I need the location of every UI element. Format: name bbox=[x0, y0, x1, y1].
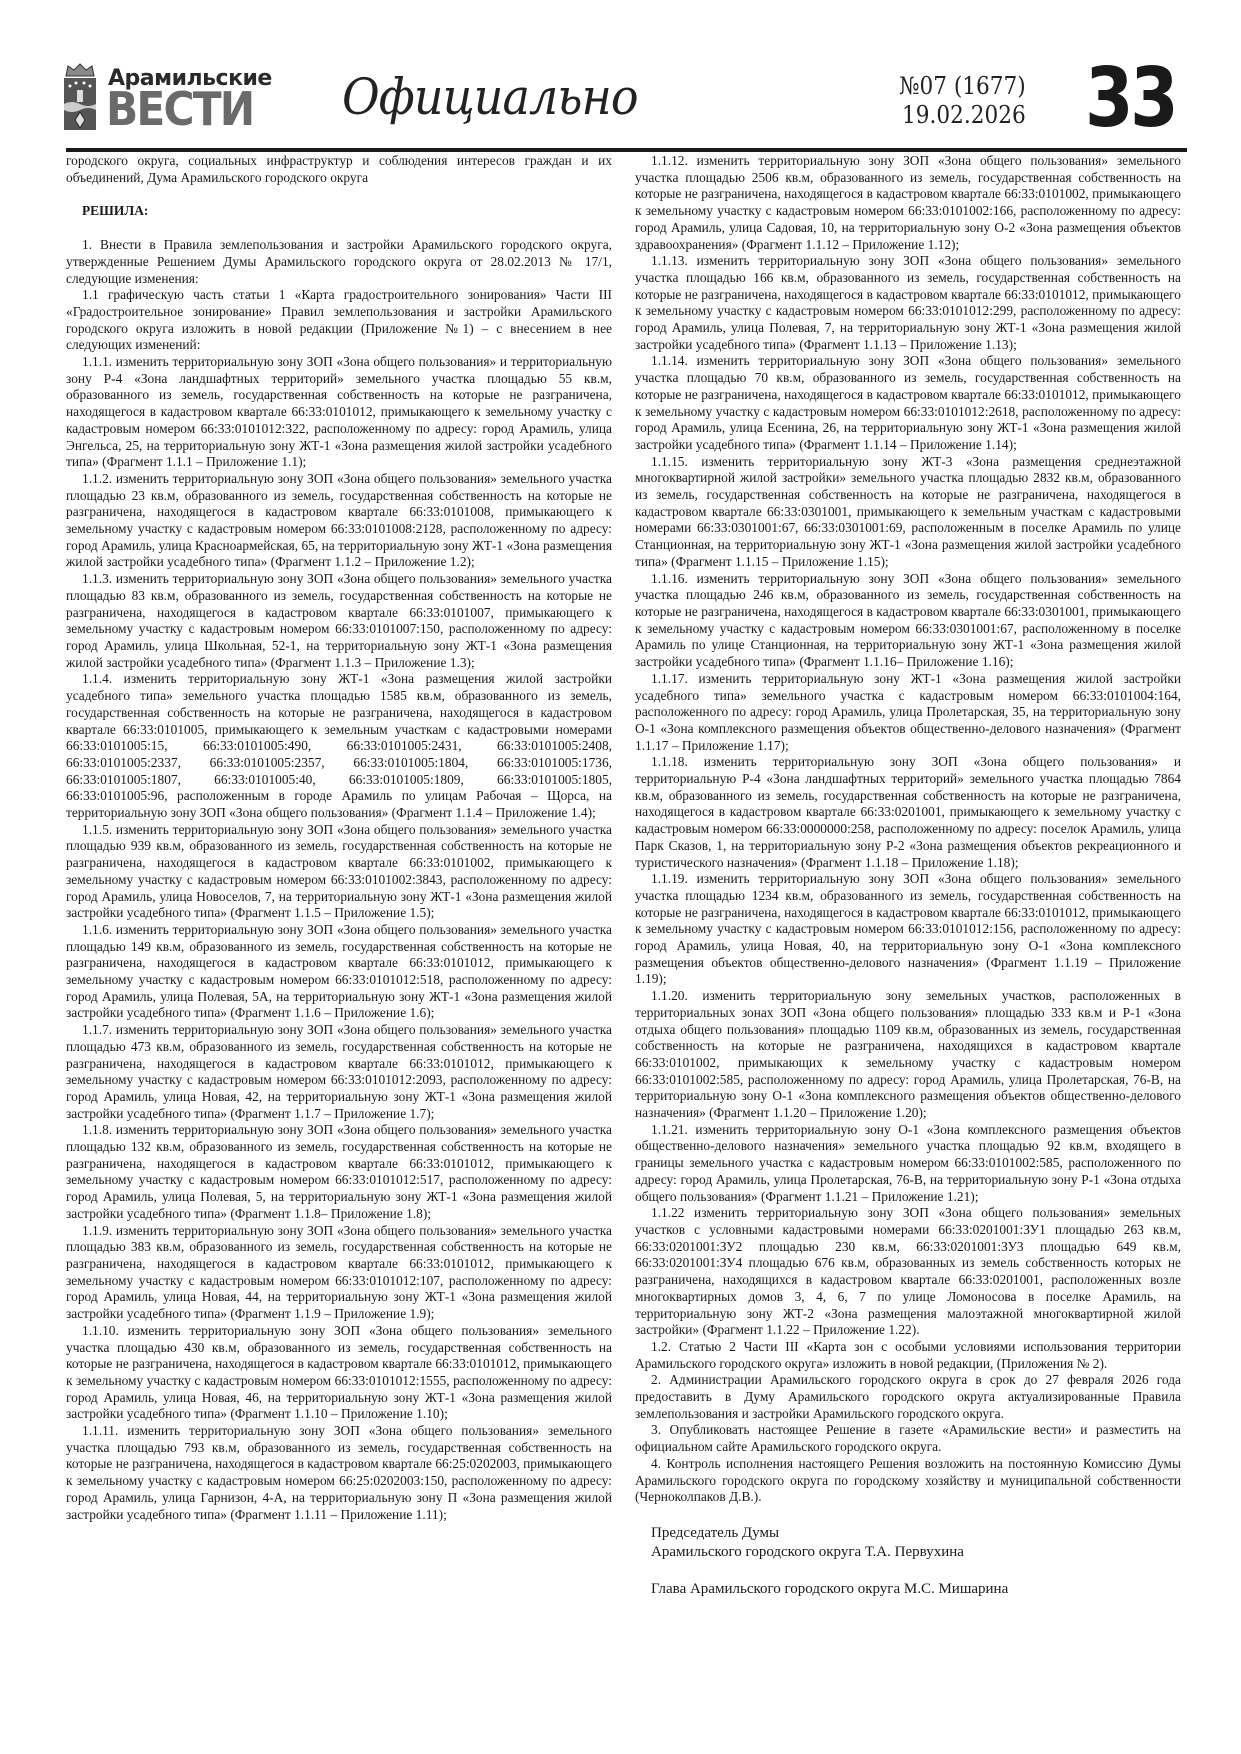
paragraph: 1.2. Статью 2 Части III «Карта зон с осо… bbox=[635, 1339, 1181, 1372]
paragraph: 1. Внести в Правила землепользования и з… bbox=[66, 237, 612, 287]
paragraph: 1.1.16. изменить территориальную зону ЗО… bbox=[635, 571, 1181, 671]
issue-date: 19.02.2026 bbox=[899, 101, 1026, 130]
paragraph: 1.1.1. изменить территориальную зону ЗОП… bbox=[66, 354, 612, 471]
paragraph: 1.1.13. изменить территориальную зону ЗО… bbox=[635, 253, 1181, 353]
paragraph: 4. Контроль исполнения настоящего Решени… bbox=[635, 1456, 1181, 1506]
paragraph: 1.1.21. изменить территориальную зону О-… bbox=[635, 1122, 1181, 1206]
paragraph: 1.1.10. изменить территориальную зону ЗО… bbox=[66, 1323, 612, 1423]
left-column: городского округа, социальных инфраструк… bbox=[66, 153, 612, 1523]
chair-title: Председатель Думы bbox=[651, 1524, 1181, 1543]
paragraph: 1.1.9. изменить территориальную зону ЗОП… bbox=[66, 1223, 612, 1323]
paragraph: 1.1.12. изменить территориальную зону ЗО… bbox=[635, 153, 1181, 253]
paragraph: 1.1.8. изменить территориальную зону ЗОП… bbox=[66, 1122, 612, 1222]
paragraph: 1.1.11. изменить территориальную зону ЗО… bbox=[66, 1423, 612, 1523]
paragraph: 1.1.22 изменить территориальную зону ЗОП… bbox=[635, 1205, 1181, 1339]
paragraph: 1.1.3. изменить территориальную зону ЗОП… bbox=[66, 571, 612, 671]
paragraph: 1.1.5. изменить территориальную зону ЗОП… bbox=[66, 822, 612, 922]
masthead: Арамильские ВЕСТИ Официально №07 (1677) … bbox=[0, 0, 1241, 150]
paragraph: 1.1.4. изменить территориальную зону ЖТ-… bbox=[66, 671, 612, 821]
issue-info: №07 (1677) 19.02.2026 bbox=[899, 72, 1026, 130]
paragraph: 1.1.17. изменить территориальную зону ЖТ… bbox=[635, 671, 1181, 755]
signature-block: Председатель Думы Арамильского городског… bbox=[635, 1524, 1181, 1599]
issue-number: №07 (1677) bbox=[899, 72, 1026, 101]
paragraph: 1.1 графическую часть статьи 1 «Карта гр… bbox=[66, 287, 612, 354]
paragraph: 1.1.19. изменить территориальную зону ЗО… bbox=[635, 871, 1181, 988]
paragraph: 3. Опубликовать настоящее Решение в газе… bbox=[635, 1422, 1181, 1455]
page-number: 33 bbox=[1085, 58, 1175, 140]
paragraph: 1.1.6. изменить территориальную зону ЗОП… bbox=[66, 922, 612, 1022]
continuation-text: городского округа, социальных инфраструк… bbox=[66, 153, 612, 186]
paragraph: 1.1.15. изменить территориальную зону ЖТ… bbox=[635, 454, 1181, 571]
newspaper-logo: Арамильские ВЕСТИ bbox=[60, 62, 290, 132]
paragraph: 2. Администрации Арамильского городского… bbox=[635, 1372, 1181, 1422]
head-signature: Глава Арамильского городского округа М.С… bbox=[651, 1580, 1181, 1599]
chair-signature: Арамильского городского округа Т.А. Перв… bbox=[651, 1543, 1181, 1562]
header-divider bbox=[66, 148, 1187, 152]
paragraph: 1.1.14. изменить территориальную зону ЗО… bbox=[635, 353, 1181, 453]
spacer bbox=[651, 1562, 1181, 1580]
section-title: Официально bbox=[342, 68, 638, 126]
paragraph: 1.1.18. изменить территориальную зону ЗО… bbox=[635, 754, 1181, 871]
decision-heading: РЕШИЛА: bbox=[82, 203, 612, 220]
right-column: 1.1.12. изменить территориальную зону ЗО… bbox=[635, 153, 1181, 1599]
paragraph: 1.1.2. изменить территориальную зону ЗОП… bbox=[66, 471, 612, 571]
paragraph: 1.1.7. изменить территориальную зону ЗОП… bbox=[66, 1022, 612, 1122]
paragraph: 1.1.20. изменить территориальную зону зе… bbox=[635, 988, 1181, 1122]
coat-of-arms-icon bbox=[60, 62, 100, 132]
logo-title-bottom: ВЕСТИ bbox=[106, 82, 253, 136]
